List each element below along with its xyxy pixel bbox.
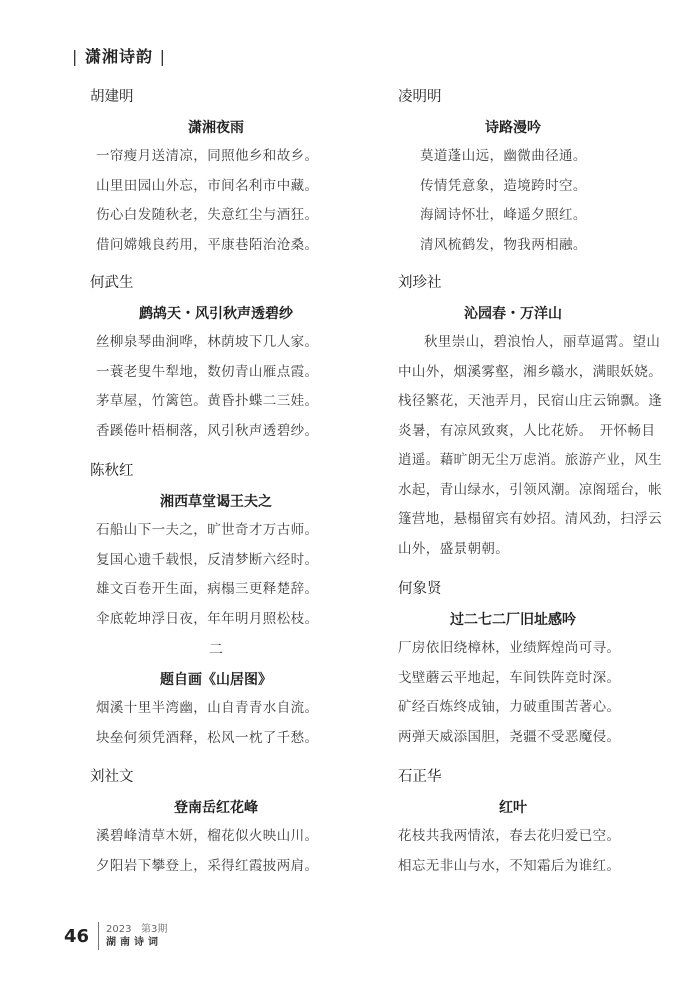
- poem-line: 逍遥。藉旷朗无尘万虑消。旅游产业，风生: [398, 446, 628, 476]
- poem-line: 海阔诗怀壮，峰遥夕照红。: [398, 201, 628, 231]
- poem-line: 山外，盛景朝朝。: [398, 535, 628, 565]
- poem-he-wusheng: 何武生 鹧鸪天・风引秋声透碧纱 丝柳泉琴曲涧哗，林荫坡下几人家。 一蓑老叟牛犁地…: [96, 272, 336, 446]
- poem-line: 丝柳泉琴曲涧哗，林荫坡下几人家。: [96, 328, 336, 358]
- poem-title: 诗路漫吟: [398, 114, 628, 142]
- poem-line: 莫道蓬山远，幽微曲径通。: [398, 142, 628, 172]
- poem-author: 凌明明: [398, 86, 628, 108]
- poem-author: 何武生: [90, 272, 336, 294]
- poem-line: 矿经百炼终成铀，力破重围苦著心。: [398, 693, 628, 723]
- poem-line: 花枝共我两情浓，春去花归爱已空。: [398, 822, 628, 852]
- poem-line: 夕阳岩下攀登上，采得红霞披两肩。: [96, 852, 336, 882]
- poem-line: 块垒何须凭酒释，松风一枕了千愁。: [96, 724, 336, 754]
- poem-chen-qiuhong: 陈秋红 湘西草堂谒王夫之 石船山下一夫之，旷世奇才万古师。 复国心遗千载恨，反清…: [96, 460, 336, 753]
- poem-shi-zhenghua: 石正华 红叶 花枝共我两情浓，春去花归爱已空。 相忘无非山与水，不知霜后为谁红。: [398, 766, 628, 881]
- poem-line: 秋里崇山，碧浪怡人，丽草逼霄。望山: [398, 328, 628, 358]
- section-title: 潇湘诗韵: [85, 47, 153, 66]
- poem-title: 红叶: [398, 794, 628, 822]
- poem-line: 水起，青山绿水，引领风潮。凉阁瑶台，帐: [398, 476, 628, 506]
- poem-line: 一蓑老叟牛犁地，数仞青山雁点霞。: [96, 358, 336, 388]
- poem-title: 过二七二厂旧址感吟: [398, 606, 628, 634]
- page-number: 46: [64, 926, 89, 947]
- poem-line: 溪碧峰清草木妍，榴花似火映山川。: [96, 822, 336, 852]
- poem-line: 篷营地，悬榻留宾有妙招。清风劲，扫浮云: [398, 505, 628, 535]
- poem-line: 中山外，烟溪雾壑，湘乡赣水，满眼妖娆。: [398, 358, 628, 388]
- poem-line: 山里田园山外忘，市间名利市中藏。: [96, 172, 336, 202]
- poem-line: 两弹天威添国胆，尧疆不受恶魔侵。: [398, 723, 628, 753]
- poem-line: 戈壁蘑云平地起，车间铁阵竞时深。: [398, 664, 628, 694]
- poem-author: 胡建明: [90, 86, 336, 108]
- poem-ling-mingming: 凌明明 诗路漫吟 莫道蓬山远，幽微曲径通。 传情凭意象，造境跨时空。 海阔诗怀壮…: [398, 86, 628, 260]
- poem-line: 传情凭意象，造境跨时空。: [398, 172, 628, 202]
- poem-title: 题自画《山居图》: [96, 666, 336, 694]
- poem-line: 炎暑，有凉风致爽，人比花娇。 开怀畅目: [398, 417, 628, 447]
- poem-line: 伞底乾坤浮日夜，年年明月照松枝。: [96, 605, 336, 635]
- header-bar-right: |: [160, 47, 166, 66]
- poem-author: 陈秋红: [90, 460, 336, 482]
- poem-line: 清风梳鹤发，物我两相融。: [398, 231, 628, 261]
- poem-line: 借问嫦娥良药用，平康巷陌治沧桑。: [96, 231, 336, 261]
- poem-line: 栈径繁花，天池弄月，民宿山庄云锦飘。逢: [398, 387, 628, 417]
- poem-section-number: 二: [96, 634, 336, 666]
- poem-title: 登南岳红花峰: [96, 794, 336, 822]
- poem-author: 刘珍社: [398, 272, 628, 294]
- poem-author: 石正华: [398, 766, 628, 788]
- section-header: | 潇湘诗韵 |: [72, 44, 166, 67]
- poem-line: 相忘无非山与水，不知霜后为谁红。: [398, 852, 628, 882]
- poem-he-xiangxian: 何象贤 过二七二厂旧址感吟 厂房依旧绕樟林，业绩辉煌尚可寻。 戈壁蘑云平地起，车…: [398, 578, 628, 752]
- poem-line: 复国心遗千载恨，反清梦断六经时。: [96, 546, 336, 576]
- poem-line: 一帘瘦月送清凉，同照他乡和故乡。: [96, 142, 336, 172]
- poem-line: 伤心白发随秋老，失意红尘与酒狂。: [96, 201, 336, 231]
- poem-line: 雄文百卷开生面，病榻三更释楚辞。: [96, 575, 336, 605]
- poem-title: 湘西草堂谒王夫之: [96, 488, 336, 516]
- poem-title: 鹧鸪天・风引秋声透碧纱: [96, 300, 336, 328]
- footer-divider: [98, 922, 99, 950]
- poem-line: 香蹊倦叶梧桐落，风引秋声透碧纱。: [96, 417, 336, 447]
- poem-line: 厂房依旧绕樟林，业绩辉煌尚可寻。: [398, 634, 628, 664]
- poem-hu-jianming: 胡建明 潇湘夜雨 一帘瘦月送清凉，同照他乡和故乡。 山里田园山外忘，市间名利市中…: [96, 86, 336, 260]
- poem-author: 何象贤: [398, 578, 628, 600]
- magazine-name: 湖南诗词: [106, 933, 162, 948]
- header-bar-left: |: [72, 47, 78, 66]
- poem-liu-shewen: 刘社文 登南岳红花峰 溪碧峰清草木妍，榴花似火映山川。 夕阳岩下攀登上，采得红霞…: [96, 766, 336, 881]
- poem-author: 刘社文: [90, 766, 336, 788]
- poem-line: 烟溪十里半湾幽，山自青青水自流。: [96, 694, 336, 724]
- poem-line: 茅草屋，竹篱笆。黄昏扑蝶二三娃。: [96, 387, 336, 417]
- poem-title: 潇湘夜雨: [96, 114, 336, 142]
- poem-title: 沁园春・万洋山: [398, 300, 628, 328]
- poem-line: 石船山下一夫之，旷世奇才万古师。: [96, 516, 336, 546]
- poem-liu-zhenshe: 刘珍社 沁园春・万洋山 秋里崇山，碧浪怡人，丽草逼霄。望山 中山外，烟溪雾壑，湘…: [398, 272, 628, 564]
